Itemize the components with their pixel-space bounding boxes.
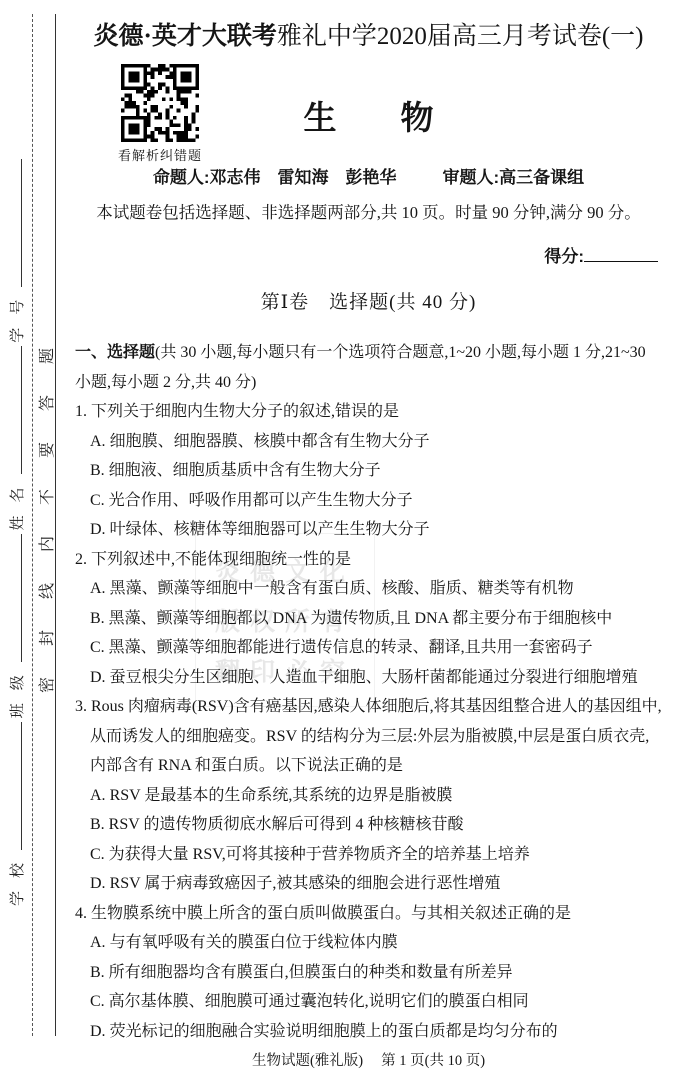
option-c: C.光合作用、呼吸作用都可以产生生物大分子 (75, 486, 662, 516)
option-a: A.与有氧呼吸有关的膜蛋白位于线粒体内膜 (75, 928, 662, 958)
qr-caption: 看解析纠错题 (117, 145, 203, 164)
footer-page-number: 第 1 页(共 10 页) (381, 1053, 485, 1069)
option-label: D. (90, 521, 106, 538)
option-c: C.高尔基体膜、细胞膜可通过囊泡转化,说明它们的膜蛋白相同 (75, 987, 662, 1017)
instructions-body: (共 30 小题,每小题只有一个选项符合题意,1~20 小题,每小题 1 分,2… (75, 344, 646, 391)
paper-title-rest: 雅礼中学2020届高三月考试卷(一) (277, 23, 644, 50)
question-3: 3.Rous 肉瘤病毒(RSV)含有癌基因,感染人体细胞后,将其基因组整合进人的… (75, 692, 662, 899)
question-number: 3. (75, 698, 87, 715)
question-number: 4. (75, 905, 87, 922)
question-1: 1.下列关于细胞内生物大分子的叙述,错误的是 A.细胞膜、细胞器膜、核膜中都含有… (75, 397, 662, 545)
question-number: 1. (75, 403, 87, 420)
question-stem: 4.生物膜系统中膜上所含的蛋白质叫做膜蛋白。与其相关叙述正确的是 (75, 899, 662, 929)
option-label: B. (90, 610, 105, 627)
question-stem: 1.下列关于细胞内生物大分子的叙述,错误的是 (75, 397, 662, 427)
score-label: 得分: (544, 247, 584, 266)
question-stem: 2.下列叙述中,不能体现细胞统一性的是 (75, 545, 662, 575)
option-label: D. (90, 875, 106, 892)
byline-row: 命题人:邓志伟 雷知海 彭艳华 审题人:高三备课组 (75, 163, 662, 188)
question-number: 2. (75, 551, 87, 568)
field-label-name: 姓名 (10, 474, 26, 530)
option-label: D. (90, 1023, 106, 1040)
brand-name: 炎德·英才大联考 (94, 23, 277, 50)
option-c: C.黑藻、颤藻等细胞都能进行遗传信息的转录、翻译,且共用一套密码子 (75, 633, 662, 663)
option-label: C. (90, 492, 105, 509)
score-row: 得分: (544, 242, 658, 267)
option-b: B.细胞液、细胞质基质中含有生物大分子 (75, 456, 662, 486)
option-label: C. (90, 639, 105, 656)
option-d: D.叶绿体、核糖体等细胞器可以产生生物大分子 (75, 515, 662, 545)
question-body: 一、选择题(共 30 小题,每小题只有一个选项符合题意,1~20 小题,每小题 … (75, 338, 662, 1046)
option-label: C. (90, 993, 105, 1010)
option-label: B. (90, 816, 105, 833)
option-d: D.RSV 属于病毒致癌因子,被其感染的细胞会进行恶性增殖 (75, 869, 662, 899)
option-label: A. (90, 433, 106, 450)
option-b: B.所有细胞器均含有膜蛋白,但膜蛋白的种类和数量有所差异 (75, 958, 662, 988)
option-label: D. (90, 669, 106, 686)
subject-char-2: 物 (401, 99, 434, 136)
reviewers-label: 审题人:高三备课组 (443, 163, 585, 188)
main-column: 炎德·英才大联考雅礼中学2020届高三月考试卷(一) 看解析纠错题 生物 命题人… (75, 0, 662, 1046)
footer-subject: 生物试题(雅礼版) (252, 1053, 363, 1069)
question-stem: 3.Rous 肉瘤病毒(RSV)含有癌基因,感染人体细胞后,将其基因组整合进人的… (75, 692, 662, 781)
question-2: 2.下列叙述中,不能体现细胞统一性的是 A.黑藻、颤藻等细胞中一般含有蛋白质、核… (75, 545, 662, 693)
paper-title: 炎德·英才大联考雅礼中学2020届高三月考试卷(一) (65, 16, 672, 52)
question-4: 4.生物膜系统中膜上所含的蛋白质叫做膜蛋白。与其相关叙述正确的是 A.与有氧呼吸… (75, 899, 662, 1047)
option-d: D.蚕豆根尖分生区细胞、人造血干细胞、大肠杆菌都能通过分裂进行细胞增殖 (75, 663, 662, 693)
option-b: B.黑藻、颤藻等细胞都以 DNA 为遗传物质,且 DNA 都主要分布于细胞核中 (75, 604, 662, 634)
option-a: A.细胞膜、细胞器膜、核膜中都含有生物大分子 (75, 427, 662, 457)
section-instructions: 一、选择题(共 30 小题,每小题只有一个选项符合题意,1~20 小题,每小题 … (75, 338, 662, 397)
seal-dashed-line (32, 14, 33, 1036)
field-label-student-id: 学号 (10, 287, 26, 343)
option-label: B. (90, 964, 105, 981)
option-c: C.为获得大量 RSV,可将其接种于营养物质齐全的培养基上培养 (75, 840, 662, 870)
option-a: A.黑藻、颤藻等细胞中一般含有蛋白质、核酸、脂质、糖类等有机物 (75, 574, 662, 604)
field-blank-class (7, 534, 22, 662)
option-label: A. (90, 787, 106, 804)
field-blank-student-id (7, 159, 22, 287)
field-label-school: 学校 (10, 850, 26, 906)
field-blank-school (7, 722, 22, 850)
option-a: A.RSV 是最基本的生命系统,其系统的边界是脂被膜 (75, 781, 662, 811)
option-label: A. (90, 934, 106, 951)
option-b: B.RSV 的遗传物质彻底水解后可得到 4 种核糖核苷酸 (75, 810, 662, 840)
seal-warning-text: 密封线内不要答题 (34, 317, 54, 693)
part-title: 第Ⅰ卷 选择题(共 40 分) (75, 287, 662, 314)
field-label-class: 班级 (10, 662, 26, 718)
exam-paper-page: 密封线内不要答题 学校 班级 姓名 学号 炎德文化 版权所有 翻印必究 炎德·英… (0, 0, 700, 1084)
option-label: A. (90, 580, 106, 597)
option-label: C. (90, 846, 105, 863)
exam-info: 本试题卷包括选择题、非选择题两部分,共 10 页。时量 90 分钟,满分 90 … (67, 199, 670, 223)
field-blank-name (7, 346, 22, 474)
option-label: B. (90, 462, 105, 479)
score-blank-line (584, 245, 658, 262)
instructions-lead: 一、选择题 (75, 344, 155, 361)
setters-label: 命题人:邓志伟 雷知海 彭艳华 (153, 163, 397, 188)
page-footer: 生物试题(雅礼版)第 1 页(共 10 页) (75, 1049, 662, 1070)
option-d: D.荧光标记的细胞融合实验说明细胞膜上的蛋白质都是均匀分布的 (75, 1017, 662, 1047)
subject-char-1: 生 (304, 99, 337, 136)
paper-header: 炎德·英才大联考雅礼中学2020届高三月考试卷(一) 看解析纠错题 生物 命题人… (75, 0, 662, 322)
subject-title: 生物 (75, 92, 662, 139)
student-info-fields: 学校 班级 姓名 学号 (6, 126, 26, 906)
